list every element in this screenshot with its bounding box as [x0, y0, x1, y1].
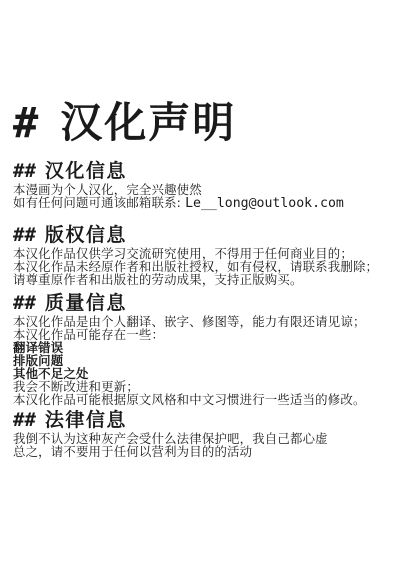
- heading-quality-info: ##质量信息: [13, 292, 388, 315]
- section-copyright-info: ##版权信息 本汉化作品仅供学习交流研究使用，不得用于任何商业目的； 本汉化作品…: [13, 224, 388, 286]
- h1-hash-marker: #: [13, 98, 38, 147]
- section-quality-info: ##质量信息 本汉化作品是由个人翻译、嵌字、修图等，能力有限还请见谅； 本汉化作…: [13, 292, 388, 406]
- heading-quality-info-text: 质量信息: [45, 292, 127, 314]
- quality-line-adaptations: 本汉化作品可能根据原文风格和中文习惯进行一些适当的修改。: [13, 393, 388, 406]
- heading-localization-info: ##汉化信息: [13, 160, 388, 183]
- h2-hash-marker: ##: [13, 292, 36, 314]
- h2-hash-marker: ##: [13, 160, 36, 182]
- page-title: #汉化声明: [13, 99, 388, 147]
- h2-hash-marker: ##: [13, 409, 36, 431]
- h2-hash-marker: ##: [13, 224, 36, 246]
- contact-prefix: 如有任何问题可通该邮箱联系:: [13, 195, 181, 210]
- info-line-contact: 如有任何问题可通该邮箱联系:Le__long@outlook.com: [13, 196, 388, 210]
- localization-statement-page: #汉化声明 ##汉化信息 本漫画为个人汉化，完全兴趣使然 如有任何问题可通该邮箱…: [0, 0, 400, 575]
- heading-copyright-info: ##版权信息: [13, 224, 388, 247]
- section-localization-info: ##汉化信息 本漫画为个人汉化，完全兴趣使然 如有任何问题可通该邮箱联系:Le_…: [13, 160, 388, 210]
- heading-legal-info-text: 法律信息: [45, 409, 127, 431]
- quality-line-may-contain: 本汉化作品可能存在一些：: [13, 328, 388, 341]
- heading-legal-info: ##法律信息: [13, 409, 388, 432]
- heading-copyright-info-text: 版权信息: [45, 224, 127, 246]
- section-legal-info: ##法律信息 我倒不认为这种灰产会受什么法律保护吧，我自己都心虚 总之，请不要用…: [13, 409, 388, 458]
- legal-line-no-profit: 总之，请不要用于任何以营利为目的的活动: [13, 445, 388, 458]
- contact-email: Le__long@outlook.com: [185, 196, 344, 211]
- page-title-text: 汉化声明: [60, 98, 236, 147]
- heading-localization-info-text: 汉化信息: [45, 160, 127, 182]
- copyright-line-support-official: 请尊重原作者和出版社的劳动成果，支持正版购买。: [13, 273, 388, 286]
- quality-issue-translation-errors: 翻译错误: [13, 341, 388, 354]
